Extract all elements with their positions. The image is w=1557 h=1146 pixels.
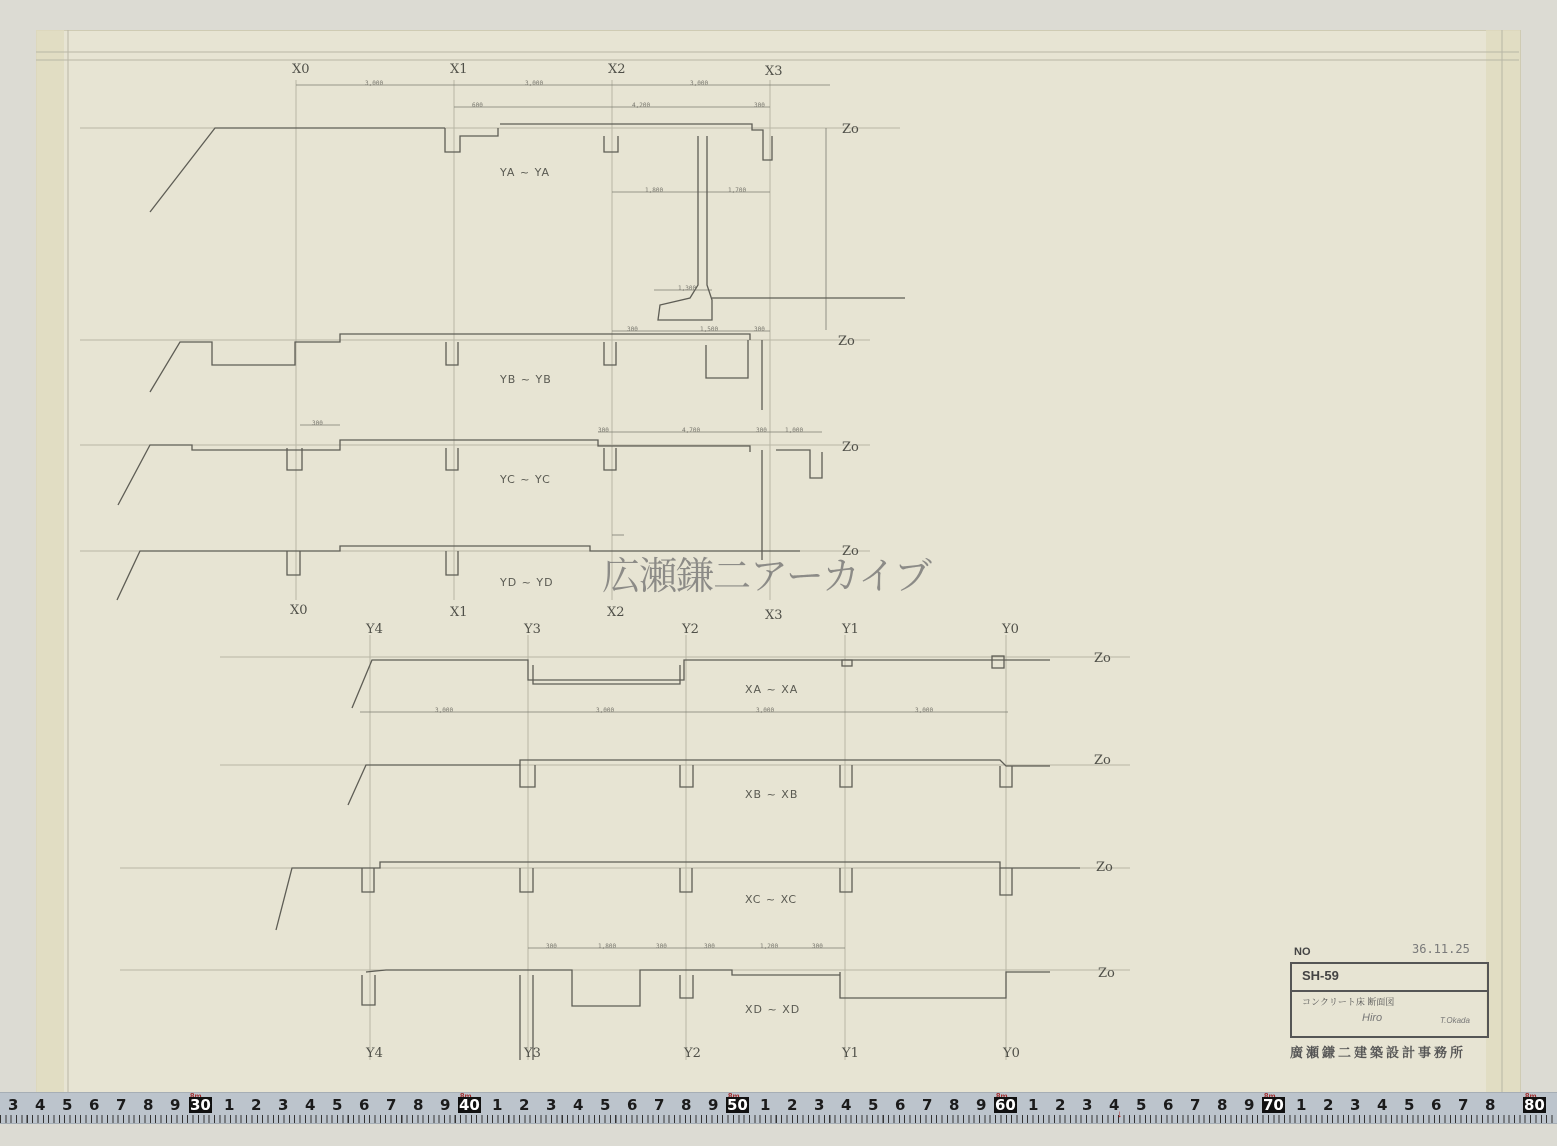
ruler-number: 6 xyxy=(895,1096,905,1114)
level-label-zo: Zo xyxy=(1094,753,1111,768)
ruler-number: 4 xyxy=(841,1096,851,1114)
ruler-number: 5 xyxy=(600,1096,610,1114)
ruler-number: 3 xyxy=(278,1096,288,1114)
ruler-number: 7 xyxy=(654,1096,664,1114)
dimension-label: 1,800 xyxy=(598,943,616,950)
dimension-label: 300 xyxy=(627,326,638,333)
title-block-date: 36.11.25 xyxy=(1412,942,1470,956)
grid-label-y4: Y4 xyxy=(366,1046,383,1061)
title-block-no-label: NO xyxy=(1294,946,1311,958)
dimension-label: 1,800 xyxy=(645,187,663,194)
level-label-zo: Zo xyxy=(842,122,859,137)
drawing-title: コンクリート床 断面図 xyxy=(1302,995,1394,1008)
ruler-number: 3 xyxy=(1350,1096,1360,1114)
grid-label-x0: X0 xyxy=(290,603,308,618)
ruler-number: 1 xyxy=(760,1096,770,1114)
ruler-number: 3 xyxy=(546,1096,556,1114)
dimension-label: 4,200 xyxy=(632,102,650,109)
dimension-label: 300 xyxy=(754,102,765,109)
grid-label-x2: X2 xyxy=(608,62,626,77)
dimension-label: 4,700 xyxy=(682,427,700,434)
grid-label-y3: Y3 xyxy=(524,1046,541,1061)
dimension-label: 300 xyxy=(312,420,323,427)
ruler-number: 9 xyxy=(708,1096,718,1114)
ruler-number: 9 xyxy=(1244,1096,1254,1114)
ruler-number: 2 xyxy=(787,1096,797,1114)
ruler-number: 6 xyxy=(1163,1096,1173,1114)
grid-label-x3: X3 xyxy=(765,64,783,79)
ruler-number: 4 xyxy=(305,1096,315,1114)
dimension-label: 300 xyxy=(656,943,667,950)
dimension-label: 1,300 xyxy=(678,285,696,292)
ruler-major-number: 50 xyxy=(726,1097,749,1113)
level-label-zo: Zo xyxy=(1098,966,1115,981)
grid-label-y3: Y3 xyxy=(524,622,541,637)
ruler-ticks xyxy=(0,1115,1557,1123)
ruler-number: 9 xyxy=(976,1096,986,1114)
ruler-number: 7 xyxy=(1458,1096,1468,1114)
ruler-number: 5 xyxy=(62,1096,72,1114)
title-block: SH-59 コンクリート床 断面図 Hiro T.Okada xyxy=(1290,962,1489,1038)
grid-label-x1: X1 xyxy=(450,605,468,620)
dimension-label: 3,000 xyxy=(915,707,933,714)
grid-label-x3: X3 xyxy=(765,608,783,623)
ruler-number: 1 xyxy=(224,1096,234,1114)
ruler-number: 2 xyxy=(519,1096,529,1114)
dimension-label: 3,000 xyxy=(690,80,708,87)
signature: Hiro xyxy=(1362,1012,1382,1024)
level-label-zo: Zo xyxy=(842,440,859,455)
section-label-xb: XB ~ XB xyxy=(745,788,798,801)
ruler-major-number: 60 xyxy=(994,1097,1017,1113)
ruler-number: 4 xyxy=(573,1096,583,1114)
grid-label-y2: Y2 xyxy=(684,1046,701,1061)
ruler-number: 1 xyxy=(1296,1096,1306,1114)
ruler-number: 6 xyxy=(89,1096,99,1114)
signature-secondary: T.Okada xyxy=(1440,1016,1470,1025)
dimension-label: 1,700 xyxy=(728,187,746,194)
ruler-major-number: 80 xyxy=(1523,1097,1546,1113)
ruler-number: 1 xyxy=(1028,1096,1038,1114)
ruler-number: 6 xyxy=(359,1096,369,1114)
dimension-label: 3,000 xyxy=(596,707,614,714)
grid-label-x0: X0 xyxy=(292,62,310,77)
grid-label-y1: Y1 xyxy=(842,622,859,637)
grid-label-y1: Y1 xyxy=(842,1046,859,1061)
grid-label-y0: Y0 xyxy=(1003,1046,1020,1061)
dimension-label: 300 xyxy=(546,943,557,950)
ruler-major-number: 30 xyxy=(189,1097,212,1113)
ruler-number: 5 xyxy=(1404,1096,1414,1114)
ruler-number: 9 xyxy=(170,1096,180,1114)
ruler-number: 1 xyxy=(492,1096,502,1114)
ruler-number: 8 xyxy=(949,1096,959,1114)
ruler-number: 8 xyxy=(143,1096,153,1114)
ruler-number: 5 xyxy=(868,1096,878,1114)
ruler-arrow-marker-icon: ↓ xyxy=(1117,1109,1122,1120)
ruler-number: 7 xyxy=(116,1096,126,1114)
dimension-label: 1,500 xyxy=(700,326,718,333)
dimension-label: 600 xyxy=(472,102,483,109)
dimension-label: 3,000 xyxy=(365,80,383,87)
level-label-zo: Zo xyxy=(1094,651,1111,666)
ruler-number: 9 xyxy=(440,1096,450,1114)
ruler-number: 8 xyxy=(1217,1096,1227,1114)
section-label-xc: XC ~ XC xyxy=(745,893,797,906)
grid-label-x1: X1 xyxy=(450,62,468,77)
dimension-label: 1,000 xyxy=(785,427,803,434)
level-label-zo: Zo xyxy=(1096,860,1113,875)
grid-label-y2: Y2 xyxy=(682,622,699,637)
ruler-number: 3 xyxy=(8,1096,18,1114)
dimension-label: 300 xyxy=(754,326,765,333)
ruler-number: 3 xyxy=(1082,1096,1092,1114)
dimension-label: 300 xyxy=(704,943,715,950)
ruler-number: 4 xyxy=(1377,1096,1387,1114)
grid-label-y4: Y4 xyxy=(366,622,383,637)
dimension-label: 300 xyxy=(756,427,767,434)
ruler-major-number: 70 xyxy=(1262,1097,1285,1113)
archive-watermark: 広瀬鎌二アーカイブ xyxy=(602,545,931,600)
ruler-number: 7 xyxy=(386,1096,396,1114)
section-label-xa: XA ~ XA xyxy=(745,683,798,696)
dimension-label: 3,000 xyxy=(435,707,453,714)
ruler-number: 3 xyxy=(814,1096,824,1114)
ruler-number: 2 xyxy=(1055,1096,1065,1114)
ruler-number: 5 xyxy=(1136,1096,1146,1114)
measuring-tape: 3 4 5 6 7 8 9 8m 30 1 2 3 4 5 6 7 8 9 8m… xyxy=(0,1092,1557,1124)
section-label-xd: XD ~ XD xyxy=(745,1003,800,1016)
section-label-yd: YD ~ YD xyxy=(500,576,554,589)
ruler-number: 8 xyxy=(1485,1096,1495,1114)
section-label-yc: YC ~ YC xyxy=(500,473,551,486)
title-block-divider xyxy=(1292,990,1487,992)
office-stamp: 廣瀬鎌二建築設計事務所 xyxy=(1290,1042,1466,1061)
dimension-label: 300 xyxy=(812,943,823,950)
ruler-number: 4 xyxy=(35,1096,45,1114)
ruler-number: 7 xyxy=(1190,1096,1200,1114)
dimension-label: 3,000 xyxy=(756,707,774,714)
ruler-number: 6 xyxy=(1431,1096,1441,1114)
section-label-yb: YB ~ YB xyxy=(500,373,552,386)
ruler-number: 2 xyxy=(251,1096,261,1114)
ruler-number: 5 xyxy=(332,1096,342,1114)
ruler-number: 6 xyxy=(627,1096,637,1114)
grid-label-x2: X2 xyxy=(607,605,625,620)
ruler-number: 8 xyxy=(681,1096,691,1114)
grid-label-y0: Y0 xyxy=(1002,622,1019,637)
dimension-label: 3,000 xyxy=(525,80,543,87)
level-label-zo: Zo xyxy=(838,334,855,349)
drawing-number: SH-59 xyxy=(1302,968,1339,983)
ruler-number: 2 xyxy=(1323,1096,1333,1114)
dimension-label: 300 xyxy=(598,427,609,434)
section-label-ya: YA ~ YA xyxy=(500,166,550,179)
ruler-number: 7 xyxy=(922,1096,932,1114)
ruler-major-number: 40 xyxy=(458,1097,481,1113)
ruler-number: 8 xyxy=(413,1096,423,1114)
dimension-label: 1,200 xyxy=(760,943,778,950)
